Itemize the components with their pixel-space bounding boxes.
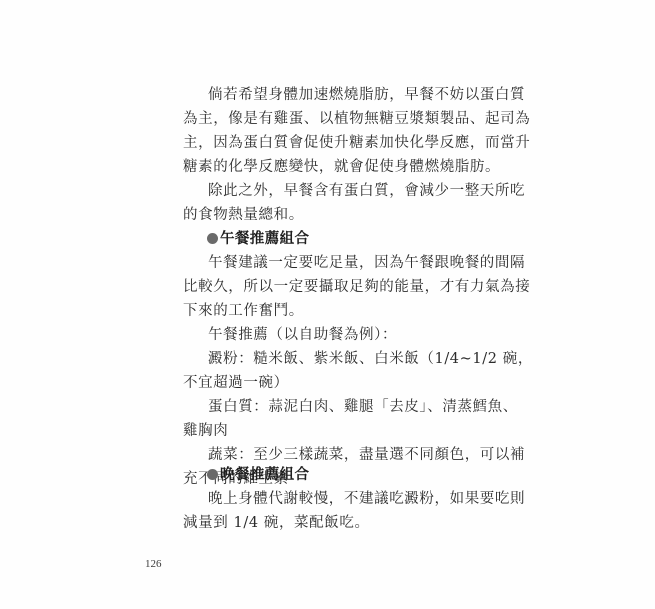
book-page: 倘若希望身體加速燃燒脂肪，早餐不妨以蛋白質 為主，像是有雞蛋、以植物無糖豆漿類製… xyxy=(0,0,655,609)
paragraph-line: 減量到 1/4 碗，菜配飯吃。 xyxy=(183,514,370,532)
vegetable-line: 蔬菜：至少三樣蔬菜，盡量選不同顏色，可以補 xyxy=(208,446,525,464)
dinner-heading-text: 晚餐推薦組合 xyxy=(220,466,309,483)
paragraph-line: 午餐建議一定要吃足量，因為午餐跟晚餐的間隔 xyxy=(208,254,525,272)
lunch-heading-text: 午餐推薦組合 xyxy=(220,230,309,247)
page-number: 126 xyxy=(145,558,162,570)
paragraph-line: 糖素的化學反應變快，就會促使身體燃燒脂肪。 xyxy=(183,158,500,176)
paragraph-line: 晚上身體代謝較慢，不建議吃澱粉，如果要吃則 xyxy=(208,490,525,508)
paragraph-line: 下來的工作奮鬥。 xyxy=(183,302,304,320)
paragraph-line: 倘若希望身體加速燃燒脂肪，早餐不妨以蛋白質 xyxy=(208,86,525,104)
paragraph-line: 比較久，所以一定要攝取足夠的能量，才有力氣為接 xyxy=(183,278,530,296)
lunch-recommend-label: 午餐推薦（以自助餐為例）： xyxy=(208,326,397,344)
bullet-icon xyxy=(207,469,218,480)
protein-line: 蛋白質：蒜泥白肉、雞腿「去皮」、清蒸鱈魚、 xyxy=(208,398,518,416)
paragraph-line: 為主，像是有雞蛋、以植物無糖豆漿類製品、起司為 xyxy=(183,110,530,128)
bullet-icon xyxy=(207,233,218,244)
starch-line: 不宜超過一碗） xyxy=(183,374,289,392)
lunch-heading: 午餐推薦組合 xyxy=(207,230,309,248)
dinner-heading: 晚餐推薦組合 xyxy=(207,466,309,484)
protein-line: 雞胸肉 xyxy=(183,422,228,440)
paragraph-line: 除此之外，早餐含有蛋白質，會減少一整天所吃 xyxy=(208,182,525,200)
paragraph-line: 的食物熱量總和。 xyxy=(183,206,304,224)
starch-line: 澱粉：糙米飯、紫米飯、白米飯（1/4~1/2 碗， xyxy=(208,350,533,368)
paragraph-line: 主，因為蛋白質會促使升糖素加快化學反應，而當升 xyxy=(183,134,530,152)
